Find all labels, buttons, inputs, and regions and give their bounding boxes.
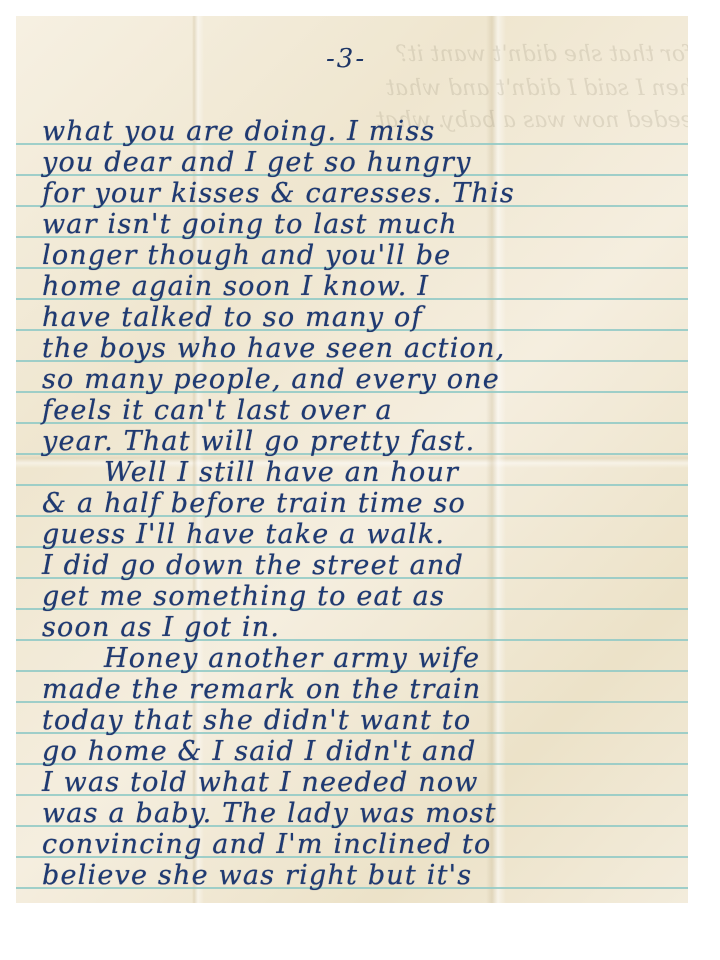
handwritten-line: have talked to so many of	[42, 302, 423, 333]
handwritten-line: I did go down the street and	[42, 550, 464, 581]
page-number: -3-	[326, 44, 366, 74]
handwritten-line: was a baby. The lady was most	[42, 798, 497, 829]
handwritten-line: get me something to eat as	[42, 581, 445, 612]
handwritten-line: I was told what I needed now	[42, 767, 479, 798]
handwritten-line: Well I still have an hour	[104, 457, 459, 488]
handwritten-line: believe she was right but it's	[42, 860, 472, 891]
handwritten-line: longer though and you'll be	[42, 240, 451, 271]
handwritten-line: today that she didn't want to	[42, 705, 471, 736]
handwritten-line: Honey another army wife	[104, 643, 480, 674]
handwritten-line: & a half before train time so	[42, 488, 466, 519]
letter-page: for that she didn't want it? then I said…	[16, 16, 688, 903]
handwritten-line: the boys who have seen action,	[42, 333, 505, 364]
handwritten-line: you dear and I get so hungry	[42, 147, 472, 178]
handwritten-line: so many people, and every one	[42, 364, 500, 395]
handwritten-line: war isn't going to last much	[42, 209, 458, 240]
handwritten-line: made the remark on the train	[42, 674, 481, 705]
handwritten-line: for your kisses & caresses. This	[42, 178, 515, 209]
handwritten-line: convincing and I'm inclined to	[42, 829, 491, 860]
bleed-through-text: for that she didn't want it?	[396, 42, 688, 67]
handwritten-line: go home & I said I didn't and	[42, 736, 477, 767]
handwritten-line: soon as I got in.	[42, 612, 280, 643]
handwritten-line: home again soon I know. I	[42, 271, 429, 302]
handwritten-line: guess I'll have take a walk.	[42, 519, 445, 550]
handwritten-line: feels it can't last over a	[42, 395, 393, 426]
bleed-through-text: then I said I didn't and what	[386, 76, 688, 101]
handwritten-line: what you are doing. I miss	[42, 116, 436, 147]
handwritten-line: year. That will go pretty fast.	[42, 426, 475, 457]
